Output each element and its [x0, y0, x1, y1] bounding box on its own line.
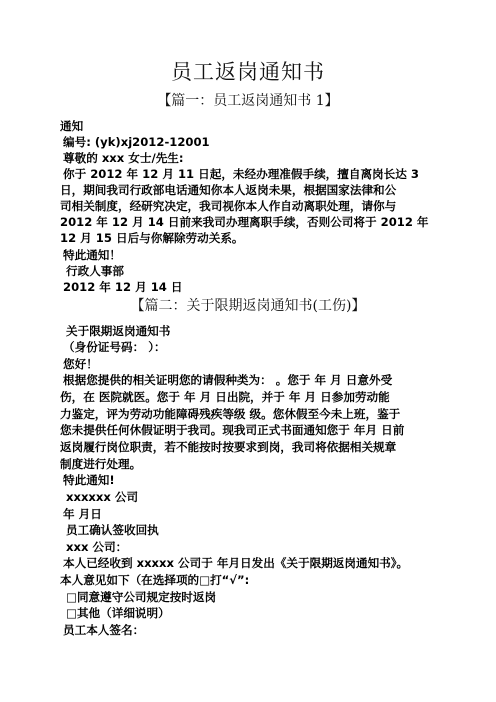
text-line: xxx 公司： [66, 539, 127, 555]
text-line: 特此通知！ [63, 247, 121, 263]
checkbox-option-agree: □同意遵守公司规定按时返岗 [66, 589, 216, 605]
text-line: 2012 年 12 月 14 日前来我司办理离职手续，否则公司将于 2012 年 [60, 214, 429, 230]
text-line: 本人意见如下（在选择项的□打“√”: [60, 572, 249, 588]
section-heading-1: 【篇一：员工返岗通知书 1】 [0, 90, 496, 110]
text-line: 2012 年 12 月 14 日 [63, 279, 183, 295]
text-line: 日，期间我司行政部电话通知你本人返岗未果，根据国家法律和公 [60, 182, 396, 198]
text-line: 12 月 15 日后与你解除劳动关系。 [60, 230, 244, 246]
text-line: 员工确认签收回执 [66, 522, 159, 538]
checkbox-option-other: □其他（详细说明） [66, 605, 170, 621]
text-line: 根据您提供的相关证明您的请假种类为： 。您于 年 月 日意外受 [63, 372, 392, 388]
text-line: （身份证号码： ）： [63, 339, 166, 355]
signature-label: 员工本人签名： [63, 622, 144, 638]
text-line: xxxxxx 公司 [66, 489, 138, 505]
text-line: 尊敬的 xxx 女士/先生: [63, 150, 184, 166]
text-line: 制度进行处理。 [60, 456, 141, 472]
text-line: 返岗履行岗位职责，若不能按时按要求到岗，我司将依据相关规章 [60, 439, 396, 455]
text-line: 特此通知! [63, 472, 115, 488]
text-line: 你于 2012 年 12 月 11 日起，未经办理准假手续，擅自离岗长达 3 [63, 166, 419, 182]
section-heading-2: 【篇二：关于限期返岗通知书(工伤)】 [0, 295, 496, 315]
text-line: 关于限期返岗通知书 [66, 323, 170, 339]
text-line: 年 月日 [63, 506, 102, 522]
text-line: 通知 [60, 118, 83, 134]
text-line: 行政人事部 [66, 263, 124, 279]
text-line: 编号: (yk)xj2012-12001 [63, 134, 210, 150]
document-title: 员工返岗通知书 [0, 56, 496, 86]
text-line: 伤，在 医院就医。您于 年 月 日出院，并于 年 月 日参加劳动能 [60, 389, 390, 405]
text-line: 力鉴定，评为劳动功能障碍残疾等级 级。您休假至今未上班，鉴于 [60, 406, 400, 422]
text-line: 您未提供任何休假证明于我司。现我司正式书面通知您于 年月 日前 [60, 422, 404, 438]
text-line: 本人已经收到 xxxxx 公司于 年月日发出《关于限期返岗通知书》。 [63, 555, 408, 571]
text-line: 您好！ [63, 356, 98, 372]
text-line: 司相关制度，经研究决定，我司视你本人作自动离职处理，请你与 [60, 198, 396, 214]
